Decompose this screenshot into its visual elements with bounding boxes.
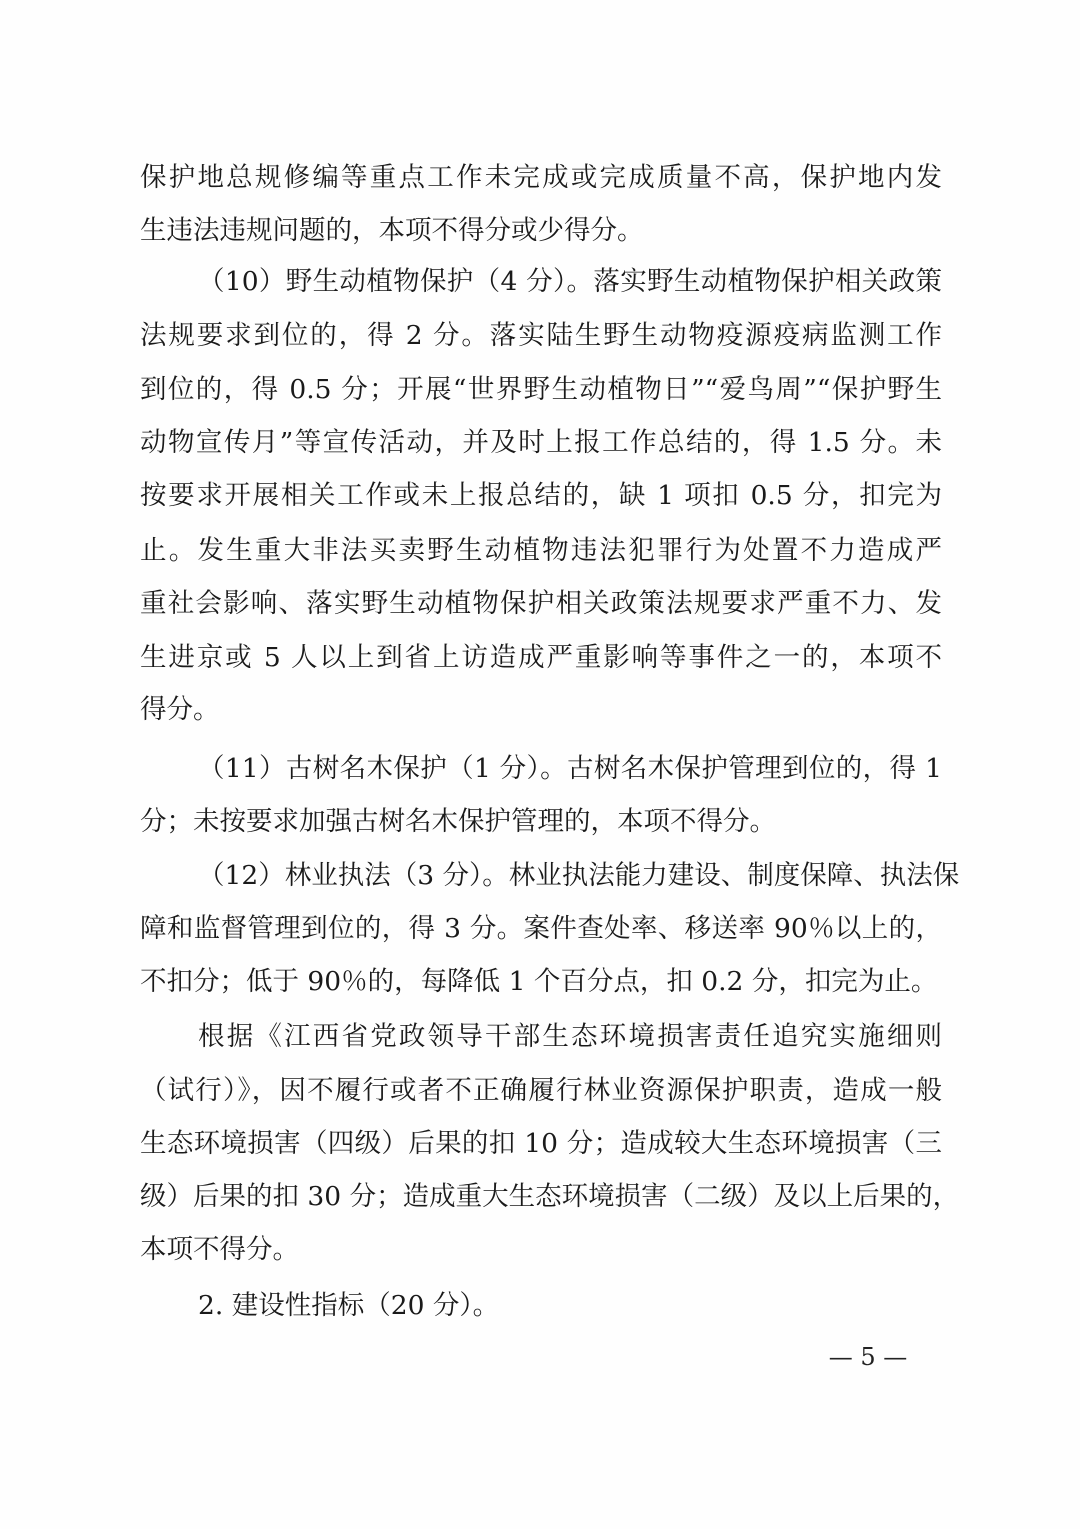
- item-10-line-2: 法规要求到位的，得 2 分。落实陆生野生动物疫源疫病监测工作: [140, 316, 942, 356]
- basis-paragraph-line-5: 本项不得分。: [140, 1230, 942, 1270]
- item-12-line-2: 障和监督管理到位的，得 3 分。案件查处率、移送率 90％以上的，: [140, 909, 942, 949]
- section-heading-constructive-indicators: 2. 建设性指标（20 分）。: [198, 1286, 942, 1326]
- item-12-heading-line: （12）林业执法（3 分）。林业执法能力建设、制度保障、执法保: [198, 856, 942, 896]
- document-page: 保护地总规修编等重点工作未完成或完成质量不高，保护地内发 生违法违规问题的，本项…: [0, 0, 1080, 1529]
- basis-paragraph-line-1: 根据《江西省党政领导干部生态环境损害责任追究实施细则: [198, 1017, 942, 1057]
- item-11-line-2: 分；未按要求加强古树名木保护管理的，本项不得分。: [140, 802, 942, 842]
- item-11-heading-line: （11）古树名木保护（1 分）。古树名木保护管理到位的，得 1: [198, 749, 942, 789]
- item-10-line-7: 重社会影响、落实野生动植物保护相关政策法规要求严重不力、发: [140, 584, 942, 624]
- item-10-line-9: 得分。: [140, 690, 942, 730]
- item-12-line-3: 不扣分；低于 90％的，每降低 1 个百分点，扣 0.2 分，扣完为止。: [140, 962, 942, 1002]
- item-10-line-8: 生进京或 5 人以上到省上访造成严重影响等事件之一的，本项不: [140, 638, 942, 678]
- paragraph-continued-line-1: 保护地总规修编等重点工作未完成或完成质量不高，保护地内发: [140, 158, 942, 198]
- item-10-line-6: 止。发生重大非法买卖野生动植物违法犯罪行为处置不力造成严: [140, 531, 942, 571]
- basis-paragraph-line-4: 级）后果的扣 30 分；造成重大生态环境损害（二级）及以上后果的，: [140, 1177, 942, 1217]
- paragraph-continued-line-2: 生违法违规问题的，本项不得分或少得分。: [140, 211, 942, 251]
- page-number: — 5 —: [818, 1337, 918, 1377]
- item-10-line-3: 到位的，得 0.5 分；开展“世界野生动植物日”“爱鸟周”“保护野生: [140, 370, 942, 410]
- item-10-line-4: 动物宣传月”等宣传活动，并及时上报工作总结的，得 1.5 分。未: [140, 423, 942, 463]
- item-10-line-5: 按要求开展相关工作或未上报总结的，缺 1 项扣 0.5 分，扣完为: [140, 476, 942, 516]
- basis-paragraph-line-3: 生态环境损害（四级）后果的扣 10 分；造成较大生态环境损害（三: [140, 1124, 942, 1164]
- basis-paragraph-line-2: （试行）》，因不履行或者不正确履行林业资源保护职责，造成一般: [140, 1071, 942, 1111]
- item-10-heading-line: （10）野生动植物保护（4 分）。落实野生动植物保护相关政策: [198, 262, 942, 302]
